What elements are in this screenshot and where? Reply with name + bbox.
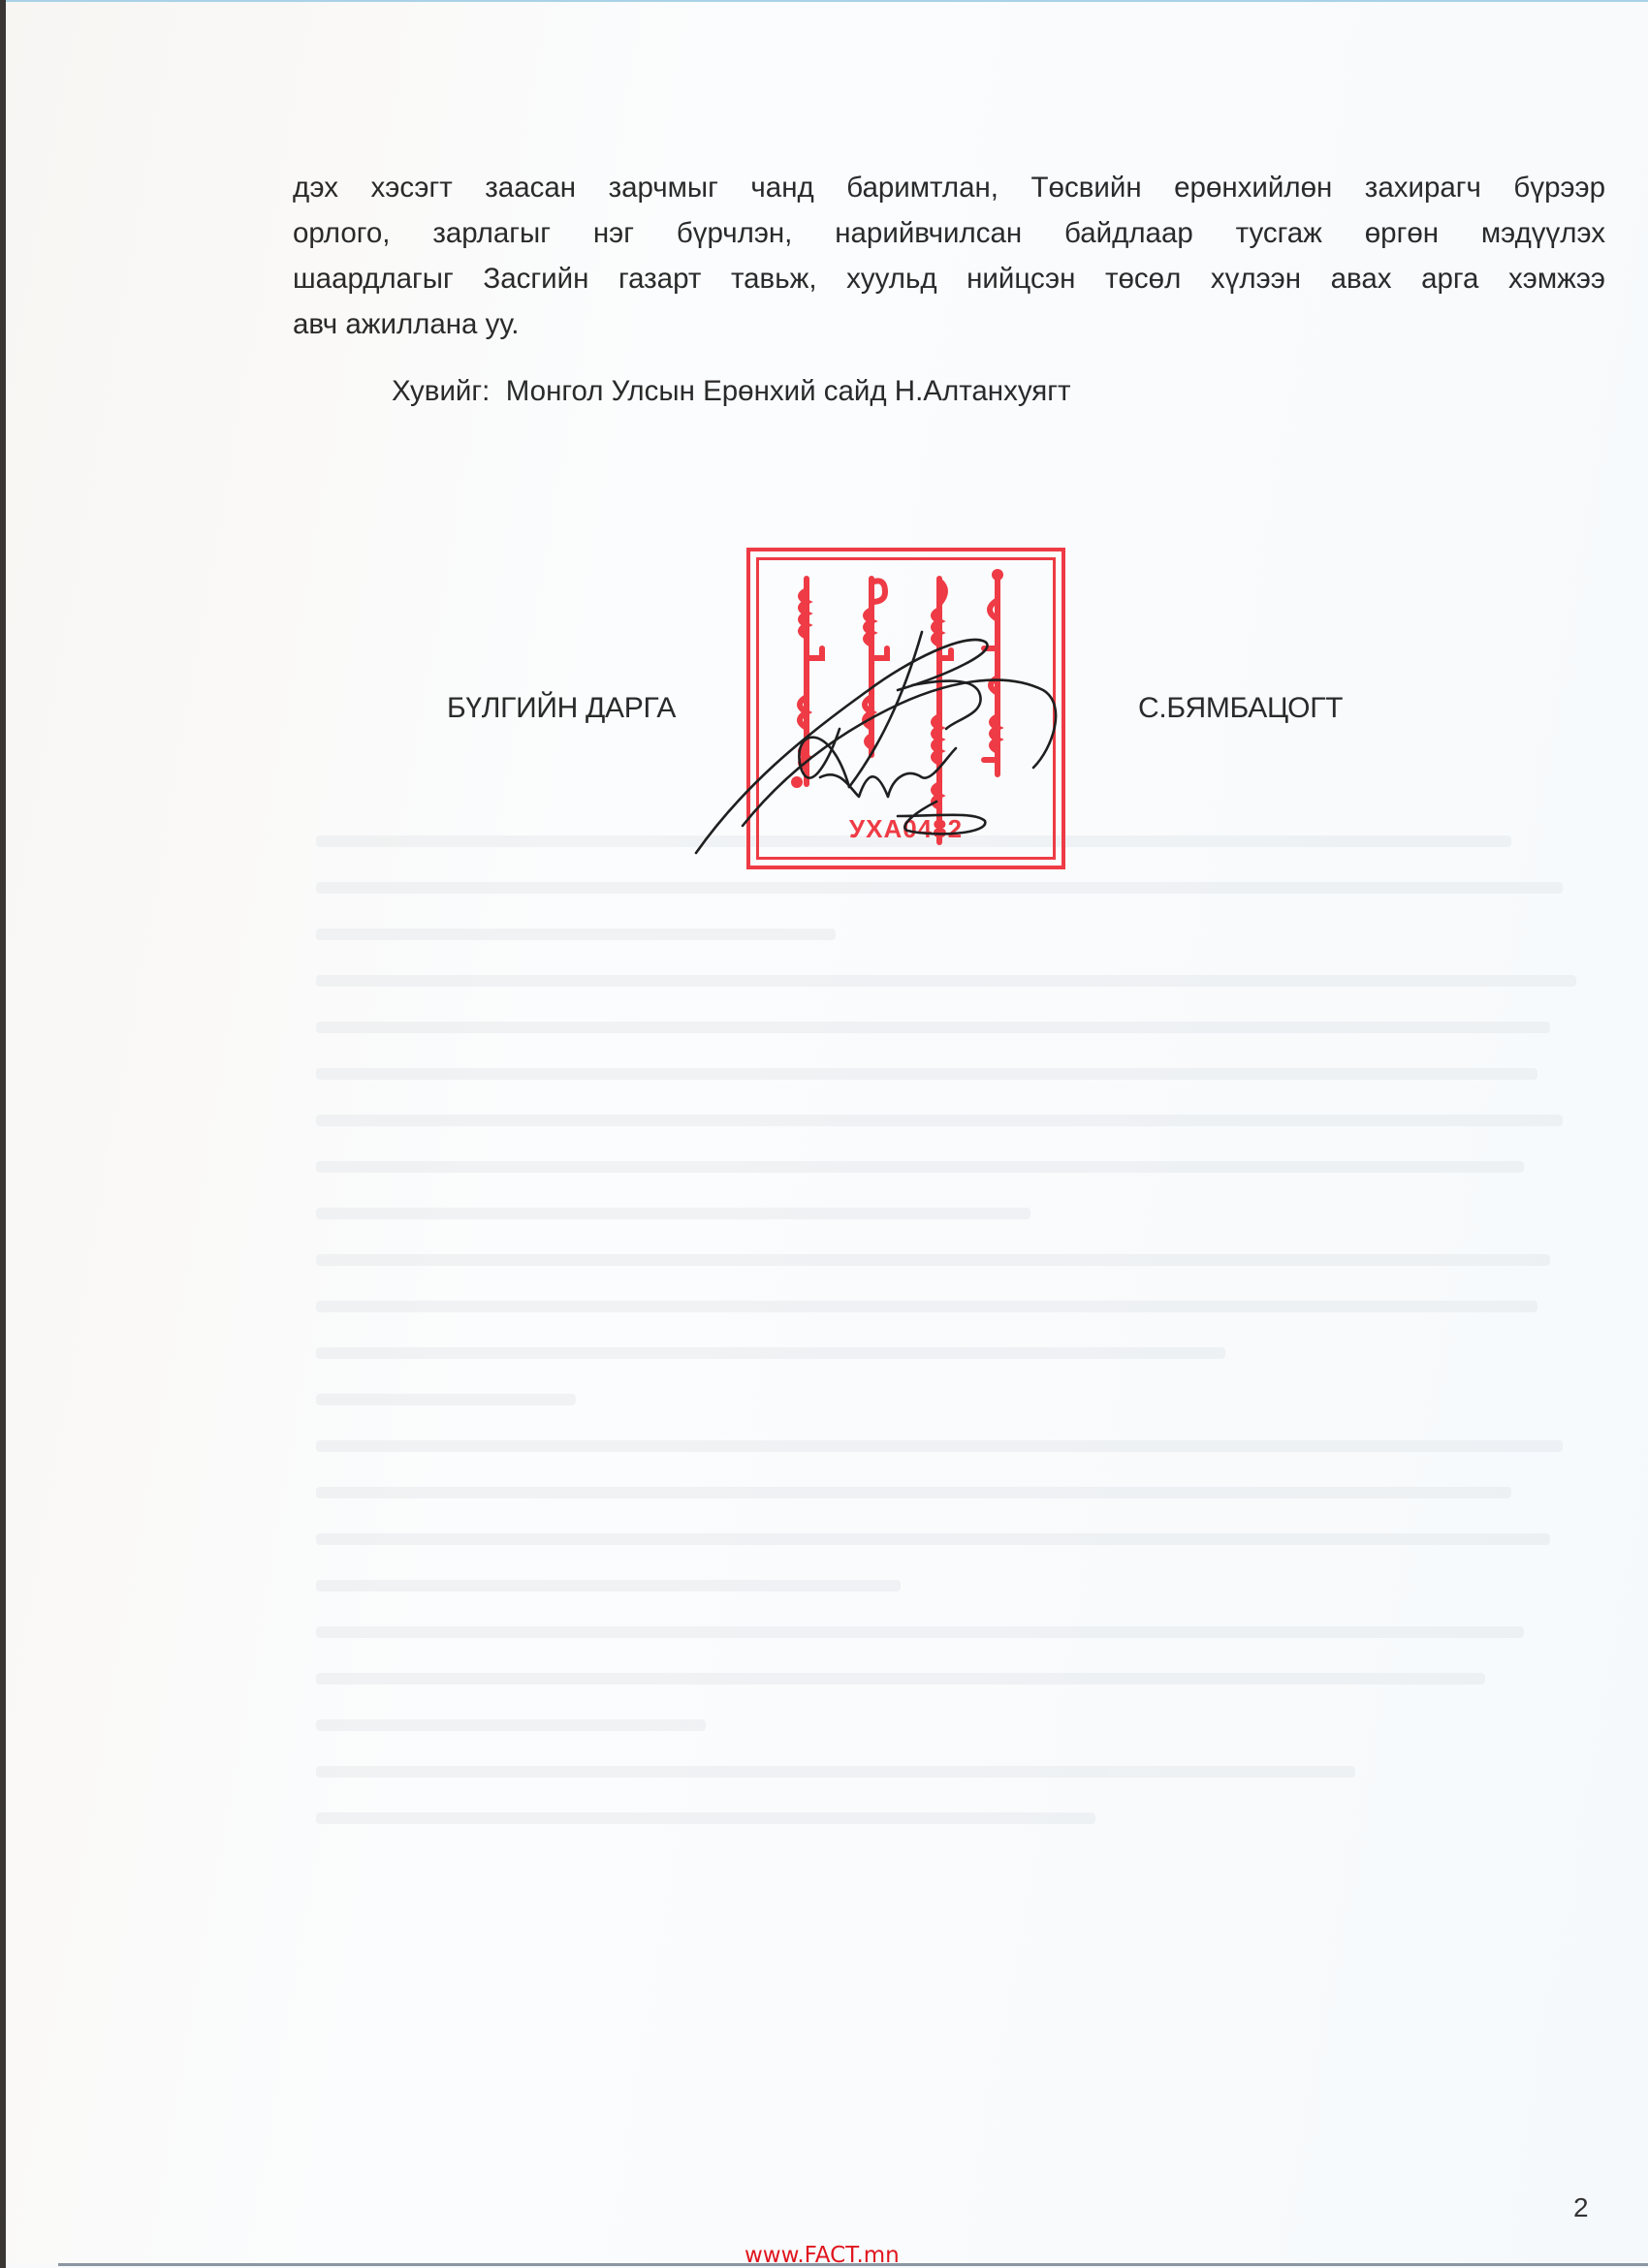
body-line: орлого, зарлагыг нэг бүрчлэн, нарийвчилс… [293,210,1605,256]
scan-edge-bottom [58,2263,1648,2266]
body-line: шаардлагыг Засгийн газарт тавьж, хуульд … [293,256,1605,301]
body-line: дэх хэсэгт заасан зарчмыг чанд баримтлан… [293,165,1605,210]
bleed-through-text [316,835,1615,2057]
signatory-title: БҮЛГИЙН ДАРГА [447,692,676,725]
document-page: дэх хэсэгт заасан зарчмыг чанд баримтлан… [6,2,1648,2263]
signatory-name: С.БЯМБАЦОГТ [1138,692,1343,725]
copy-to-label: Хувийг: [392,375,490,407]
copy-to-recipient: Монгол Улсын Ерөнхий сайд Н.Алтанхуягт [506,375,1071,407]
body-paragraph: дэх хэсэгт заасан зарчмыг чанд баримтлан… [293,165,1605,347]
body-line: авч ажиллана уу. [293,301,1605,347]
copy-to-line: Хувийг: Монгол Улсын Ерөнхий сайд Н.Алта… [392,375,1071,408]
stamp-code: УХА0482 [750,814,1062,844]
page-number: 2 [1573,2192,1589,2223]
official-stamp: УХА0482 [746,548,1065,869]
